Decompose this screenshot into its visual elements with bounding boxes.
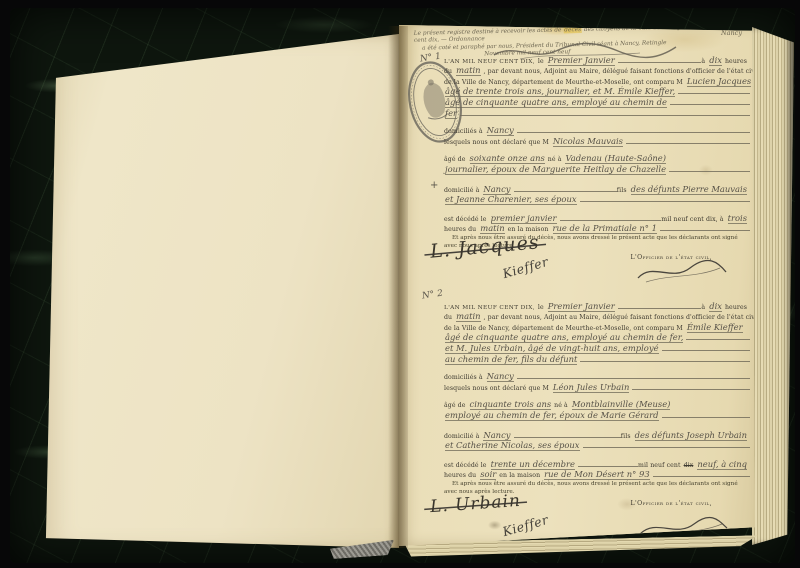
- printed-form-text: lesquels nous ont déclaré que M: [444, 385, 549, 392]
- printed-form-text: né à: [554, 402, 568, 409]
- handwritten-text: Nicolas Mauvais: [553, 136, 623, 147]
- handwritten-text: Nancy: [483, 184, 510, 195]
- handwritten-text: matin: [480, 223, 504, 234]
- right-register-page: Le présent registre destiné à recevoir l…: [398, 24, 756, 546]
- handwritten-text: des défunts Pierre Mauvais: [631, 184, 747, 195]
- handwritten-text: au chemin de fer, fils du défunt: [445, 354, 577, 365]
- blank-rule-line: [580, 354, 750, 362]
- handwritten-text: Nancy: [487, 371, 514, 382]
- printed-form-text: mil neuf cent dix, à: [661, 216, 723, 223]
- form-line: domiciliés àNancy: [444, 371, 750, 379]
- handwritten-text: et M. Jules Urbain, âgé de vingt-huit an…: [445, 343, 659, 354]
- form-line: domicilié àNancyfilsdes défunts Pierre M…: [444, 184, 750, 192]
- death-act-entry-2: L'an mil neuf cent dix,lePremier Janvier…: [444, 298, 750, 507]
- form-line: et Jeanne Charenier, ses époux: [444, 194, 750, 202]
- act-1-signatures: L. Jacques Kieffer: [424, 234, 736, 296]
- handwritten-text: soir: [480, 469, 496, 480]
- printed-form-text: L'an mil neuf cent dix,: [444, 305, 535, 311]
- form-line: âgé desoixante onze ansné àVadenau (Haut…: [444, 153, 750, 161]
- handwritten-text: âgé de cinquante quatre ans, employé au …: [445, 97, 667, 108]
- closing-text: Et après nous être assuré du décès, nous…: [444, 481, 750, 488]
- blank-rule-line: [626, 136, 750, 144]
- act-2-form-lines: L'an mil neuf cent dix,lePremier Janvier…: [444, 301, 750, 478]
- blank-rule-line: [669, 164, 750, 172]
- handwritten-text: Premier Janvier: [548, 55, 615, 66]
- handwritten-text: et Jeanne Charenier, ses époux: [445, 194, 577, 205]
- form-line: heures dumatinen la maisonrue de la Prim…: [444, 223, 750, 231]
- blank-rule-line: [670, 97, 750, 105]
- handwritten-text: premier janvier: [491, 213, 557, 224]
- form-line: au chemin de fer, fils du défunt: [444, 354, 750, 362]
- form-line: lesquels nous ont déclaré que MLéon Jule…: [444, 382, 750, 390]
- death-act-entry-1: L'an mil neuf cent dix,lePremier Janvier…: [444, 52, 750, 261]
- printed-form-text: à: [701, 304, 705, 311]
- printed-form-text: heures: [725, 58, 747, 65]
- signature-declarant-1: L. Urbain: [423, 490, 527, 517]
- form-line: âgé de cinquante quatre ans, employé au …: [444, 332, 750, 340]
- handwritten-text: matin: [456, 65, 480, 76]
- handwritten-text: soixante onze ans: [470, 153, 545, 164]
- printed-form-text: est décédé le: [444, 216, 487, 223]
- form-line: âgé decinquante trois ansné àMontblainvi…: [444, 399, 750, 407]
- blank-rule-line: [660, 223, 750, 231]
- blank-rule-line: [514, 184, 617, 192]
- blank-rule-line: [560, 213, 662, 221]
- page-edges-right: [752, 27, 794, 545]
- margin-cross-mark: +: [430, 180, 438, 191]
- blank-rule-line: [662, 410, 750, 418]
- form-line: âgé de trente trois ans, journalier, et …: [444, 86, 750, 94]
- form-line: et M. Jules Urbain, âgé de vingt-huit an…: [444, 343, 750, 351]
- signature-declarant-2: Kieffer: [501, 512, 550, 539]
- form-line: dumatin, par devant nous, Adjoint au Mai…: [444, 65, 750, 73]
- handwritten-text: rue de la Primatiale n° 1: [553, 223, 658, 234]
- blank-rule-line: [618, 301, 702, 309]
- handwritten-text: trois: [728, 213, 747, 224]
- handwritten-text: Vadenau (Haute-Saône): [565, 153, 666, 164]
- form-line: domiciliés àNancy: [444, 125, 750, 133]
- printed-form-text: est décédé le: [444, 462, 487, 469]
- book-gutter-shadow: [388, 26, 408, 548]
- handwritten-text: employé au chemin de fer, époux de Marie…: [445, 410, 659, 421]
- handwritten-text: Nancy: [483, 430, 510, 441]
- handwritten-text: trente un décembre: [491, 459, 575, 470]
- handwritten-text: rue de Mon Désert n° 93: [544, 469, 650, 480]
- handwritten-text: Montblainville (Meuse): [572, 399, 671, 410]
- handwritten-text: fer: [445, 108, 457, 119]
- form-line: journalier, époux de Marguerite Heitlay …: [444, 164, 750, 172]
- form-line: employé au chemin de fer, époux de Marie…: [444, 410, 750, 418]
- handwritten-text: dix: [709, 55, 722, 66]
- handwritten-text: Émile Kieffer: [687, 322, 743, 333]
- printed-form-text: L'an mil neuf cent dix,: [444, 59, 535, 65]
- form-line: dumatin, par devant nous, Adjoint au Mai…: [444, 311, 750, 319]
- printed-form-text: lesquels nous ont déclaré que M: [444, 139, 549, 146]
- blank-rule-line: [632, 382, 750, 390]
- form-line: et Catherine Nicolas, ses époux: [444, 440, 750, 448]
- handwritten-text: journalier, époux de Marguerite Heitlay …: [445, 164, 666, 175]
- handwritten-text: des défunts Joseph Urbain: [635, 430, 747, 441]
- printed-form-text: , par devant nous, Adjoint au Maire, dél…: [484, 314, 759, 321]
- printed-form-text: né à: [548, 156, 562, 163]
- blank-rule-line: [662, 343, 750, 351]
- printed-form-text: fils: [617, 187, 627, 194]
- printed-form-text: âgé de: [444, 156, 466, 163]
- blank-rule-line: [686, 332, 750, 340]
- printed-form-text: , par devant nous, Adjoint au Maire, dél…: [484, 68, 759, 75]
- blank-rule-line: [678, 86, 750, 94]
- handwritten-text: Lucien Jacques: [687, 76, 751, 87]
- handwritten-text: neuf, à cinq: [697, 459, 747, 470]
- printed-form-text: le: [538, 304, 544, 311]
- scanned-death-register: Le présent registre destiné à recevoir l…: [0, 0, 800, 568]
- handwritten-text: Nancy: [487, 125, 514, 136]
- form-line: âgé de cinquante quatre ans, employé au …: [444, 97, 750, 105]
- handwritten-text: âgé de cinquante quatre ans, employé au …: [445, 332, 683, 343]
- printed-form-text: de la Ville de Nancy, département de Meu…: [444, 325, 683, 332]
- certification-text: Le présent registre destiné à recevoir l…: [414, 27, 562, 36]
- form-line: est décédé lepremier janviermil neuf cen…: [444, 213, 750, 221]
- printed-form-text: âgé de: [444, 402, 466, 409]
- handwritten-text: cinquante trois ans: [470, 399, 552, 410]
- printed-form-text: domiciliés à: [444, 374, 483, 381]
- printed-form-text: heures du: [444, 226, 476, 233]
- officer-signature-flourish: [632, 256, 732, 286]
- printed-form-text: heures du: [444, 472, 476, 479]
- blank-rule-line: [583, 440, 750, 448]
- form-line: fer: [444, 108, 750, 116]
- form-line: L'an mil neuf cent dix,lePremier Janvier…: [444, 55, 750, 63]
- signature-declarant-2: Kieffer: [501, 254, 550, 281]
- handwritten-text: Léon Jules Urbain: [553, 382, 629, 393]
- printed-form-text: mil neuf cent: [638, 462, 681, 469]
- left-blank-page: [42, 34, 400, 550]
- act-1-form-lines: L'an mil neuf cent dix,lePremier Janvier…: [444, 55, 750, 232]
- form-line: de la Ville de Nancy, département de Meu…: [444, 76, 750, 84]
- printed-form-text: à: [701, 58, 705, 65]
- printed-form-text: le: [538, 58, 544, 65]
- form-line: lesquels nous ont déclaré que MNicolas M…: [444, 136, 750, 144]
- blank-rule-line: [517, 125, 750, 133]
- form-line: de la Ville de Nancy, département de Meu…: [444, 322, 750, 330]
- printed-form-text: dix: [684, 462, 694, 469]
- printed-form-text: du: [444, 314, 452, 321]
- printed-form-text: fils: [621, 433, 631, 440]
- blank-rule-line: [517, 371, 750, 379]
- blank-rule-line: [460, 108, 750, 116]
- form-line: L'an mil neuf cent dix,lePremier Janvier…: [444, 301, 750, 309]
- printed-form-text: de la Ville de Nancy, département de Meu…: [444, 79, 683, 86]
- printed-form-text: domicilié à: [444, 187, 479, 194]
- printed-form-text: domicilié à: [444, 433, 479, 440]
- handwritten-text: âgé de trente trois ans, journalier, et …: [445, 86, 675, 97]
- form-line: est décédé letrente un décembremil neuf …: [444, 459, 750, 467]
- printed-form-text: en la maison: [499, 472, 540, 479]
- handwritten-text: matin: [456, 311, 480, 322]
- form-line: domicilié àNancyfilsdes défunts Joseph U…: [444, 430, 750, 438]
- blank-rule-line: [578, 459, 638, 467]
- handwritten-text: et Catherine Nicolas, ses époux: [445, 440, 580, 451]
- blank-rule-line: [653, 469, 750, 477]
- blank-rule-line: [580, 194, 750, 202]
- handwritten-text: Premier Janvier: [548, 301, 615, 312]
- printed-form-text: heures: [725, 304, 747, 311]
- printed-form-text: domiciliés à: [444, 128, 483, 135]
- handwritten-text: dix: [709, 301, 722, 312]
- blank-rule-line: [514, 430, 621, 438]
- printed-form-text: du: [444, 68, 452, 75]
- blank-rule-line: [618, 55, 702, 63]
- form-line: heures dusoiren la maisonrue de Mon Dése…: [444, 469, 750, 477]
